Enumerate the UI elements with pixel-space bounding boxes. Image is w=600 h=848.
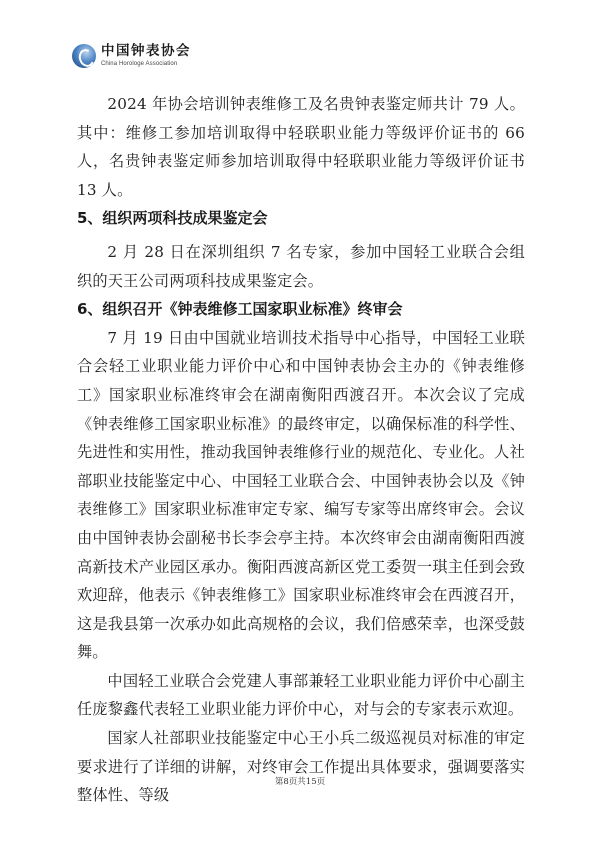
paragraph-final-review-meeting: 7 月 19 日由中国就业培训技术指导中心指导，中国轻工业联合会轻工业职业能力评… [77, 324, 525, 667]
section-heading-5: 5、组织两项科技成果鉴定会 [77, 204, 525, 233]
org-name-en: China Horologe Association [101, 61, 191, 67]
paragraph-appraisal-meeting: 2 月 28 日在深圳组织 7 名专家，参加中国轻工业联合会组织的天王公司两项科… [77, 238, 525, 295]
paragraph-welcome-remarks: 中国轻工业联合会党建人事部兼轻工业职业能力评价中心副主任庞黎鑫代表轻工业职业能力… [77, 667, 525, 724]
paragraph-training-summary: 2024 年协会培训钟表维修工及名贵钟表鉴定师共计 79 人。其中：维修工参加培… [77, 90, 525, 204]
china-horology-association-logo-icon [72, 44, 96, 68]
org-name-cn: 中国钟表协会 [101, 45, 191, 59]
logo-text: 中国钟表协会 China Horologe Association [101, 45, 191, 67]
section-heading-6: 6、组织召开《钟表维修工国家职业标准》终审会 [77, 295, 525, 324]
document-body: 2024 年协会培训钟表维修工及名贵钟表鉴定师共计 79 人。其中：维修工参加培… [77, 90, 525, 810]
header-logo: 中国钟表协会 China Horologe Association [72, 40, 191, 72]
paragraph-review-requirements: 国家人社部职业技能鉴定中心王小兵二级巡视员对标准的审定要求进行了详细的讲解，对终… [77, 724, 525, 810]
page-number-footer: 第8页共15页 [0, 775, 600, 787]
